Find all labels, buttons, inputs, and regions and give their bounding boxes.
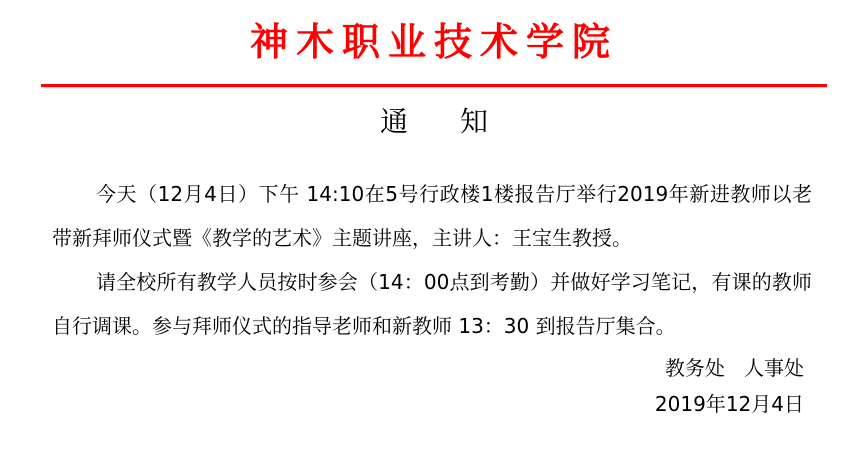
notice-title-char-2: 知 — [460, 104, 488, 140]
header-divider-line — [41, 84, 827, 87]
issuing-departments: 教务处 人事处 — [655, 350, 804, 386]
notice-body: 今天（12月4日）下午 14:10在5号行政楼1楼报告厅举行2019年新进教师以… — [52, 172, 812, 348]
institution-name-heading: 神木职业技术学院 — [0, 18, 862, 66]
signature-block: 教务处 人事处 2019年12月4日 — [655, 350, 804, 422]
notice-title-char-1: 通 — [380, 104, 408, 140]
issue-date: 2019年12月4日 — [655, 386, 804, 422]
notice-paragraph-1: 今天（12月4日）下午 14:10在5号行政楼1楼报告厅举行2019年新进教师以… — [52, 172, 812, 260]
notice-title: 通知 — [0, 104, 862, 140]
notice-paragraph-2: 请全校所有教学人员按时参会（14：00点到考勤）并做好学习笔记，有课的教师自行调… — [52, 260, 812, 348]
